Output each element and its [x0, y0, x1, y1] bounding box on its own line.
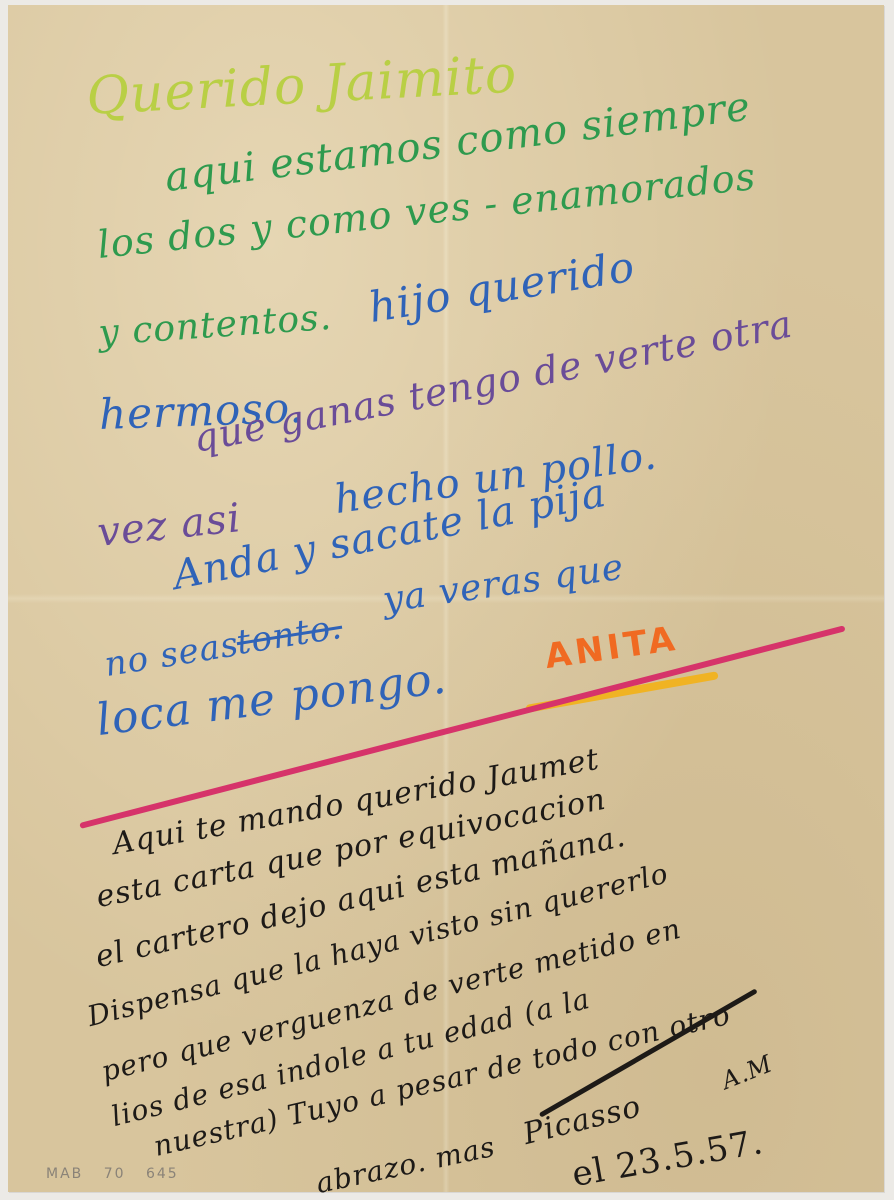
letter-line: no seas: [102, 624, 242, 685]
letter-line: hijo querido: [365, 242, 638, 332]
letter-line: ya veras que: [380, 547, 626, 621]
letter-line: abrazo. mas: [313, 1130, 498, 1200]
letter-paper: Querido Jaimito aqui estamos como siempr…: [8, 5, 884, 1192]
greeting: Querido Jaimito: [85, 45, 519, 127]
anita-underline: [525, 671, 718, 713]
picasso-signature: Picasso: [520, 1089, 645, 1152]
note-initials: A.M: [718, 1049, 777, 1095]
catalog-number: MAB 70 645: [46, 1166, 179, 1182]
struck-word: tonto.: [234, 607, 345, 663]
anita-signature: ANITA: [542, 619, 681, 677]
letter-line: y contentos.: [97, 297, 333, 354]
